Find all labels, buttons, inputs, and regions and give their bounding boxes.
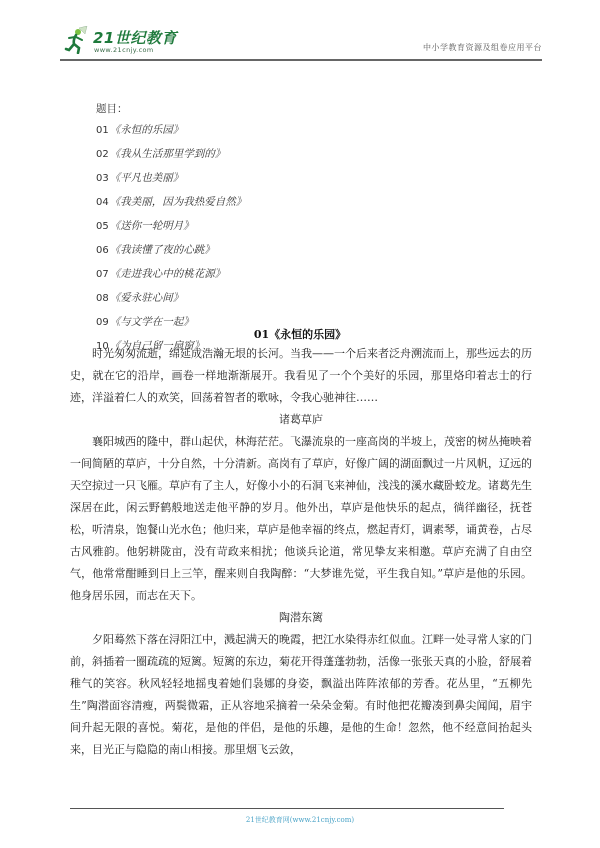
section-title-zhuge: 诸葛草庐 — [70, 409, 532, 431]
topic-title: 《我从生活那里学到的》 — [110, 148, 226, 160]
topic-title: 《送你一轮明月》 — [110, 220, 194, 232]
topic-number: 01 — [96, 125, 109, 136]
topic-title: 《我读懂了夜的心跳》 — [110, 244, 215, 256]
section-paragraph-zhuge: 襄阳城西的隆中，群山起伏，林海茫茫。飞瀑流泉的一座高岗的半坡上，茂密的树丛掩映着… — [70, 431, 532, 607]
essay-title: 01《永恒的乐园》 — [0, 326, 600, 342]
topic-item: 07《走进我心中的桃花源》 — [96, 267, 246, 291]
essay-body: 时光匆匆流逝，绵延成浩瀚无垠的长河。当我——一个后来者泛舟溯流而上，那些远去的历… — [70, 343, 532, 761]
topic-item: 08《爱永驻心间》 — [96, 291, 246, 315]
logo-url: www.21cnjy.com — [94, 46, 154, 54]
topics-label: 题目： — [96, 101, 128, 116]
topic-item: 05《送你一轮明月》 — [96, 219, 246, 243]
footer-divider — [70, 808, 504, 809]
header-tagline: 中小学教育资源及组卷应用平台 — [423, 42, 542, 53]
topic-title: 《永恒的乐园》 — [110, 124, 184, 136]
topic-number: 02 — [96, 149, 109, 160]
section-title-tao: 陶潜东篱 — [70, 607, 532, 629]
topic-item: 01《永恒的乐园》 — [96, 123, 246, 147]
topic-number: 04 — [96, 197, 109, 208]
topic-number: 05 — [96, 221, 109, 232]
topic-number: 07 — [96, 269, 109, 280]
topic-item: 04《我美丽，因为我热爱自然》 — [96, 195, 246, 219]
topic-item: 06《我读懂了夜的心跳》 — [96, 243, 246, 267]
footer-link[interactable]: 21世纪教育网(www.21cnjy.com) — [0, 815, 600, 825]
topic-title: 《我美丽，因为我热爱自然》 — [110, 196, 247, 208]
logo-title: 21世纪教育 — [93, 27, 177, 48]
topic-item: 02《我从生活那里学到的》 — [96, 147, 246, 171]
topic-item: 03《平凡也美丽》 — [96, 171, 246, 195]
page-header: 21世纪教育 www.21cnjy.com 中小学教育资源及组卷应用平台 — [60, 22, 542, 62]
topic-number: 03 — [96, 173, 109, 184]
intro-paragraph: 时光匆匆流逝，绵延成浩瀚无垠的长河。当我——一个后来者泛舟溯流而上，那些远去的历… — [70, 343, 532, 409]
topic-number: 08 — [96, 293, 109, 304]
topic-title: 《平凡也美丽》 — [110, 172, 184, 184]
topic-title: 《爱永驻心间》 — [110, 292, 184, 304]
header-divider — [60, 59, 542, 61]
runner-logo-icon — [63, 26, 89, 54]
topic-title: 《走进我心中的桃花源》 — [110, 268, 226, 280]
topic-number: 06 — [96, 245, 109, 256]
logo: 21世纪教育 www.21cnjy.com — [60, 22, 190, 60]
section-paragraph-tao: 夕阳蓦然下落在浔阳江中，溅起满天的晚霞，把江水染得赤红似血。江畔一处寻常人家的门… — [70, 629, 532, 761]
